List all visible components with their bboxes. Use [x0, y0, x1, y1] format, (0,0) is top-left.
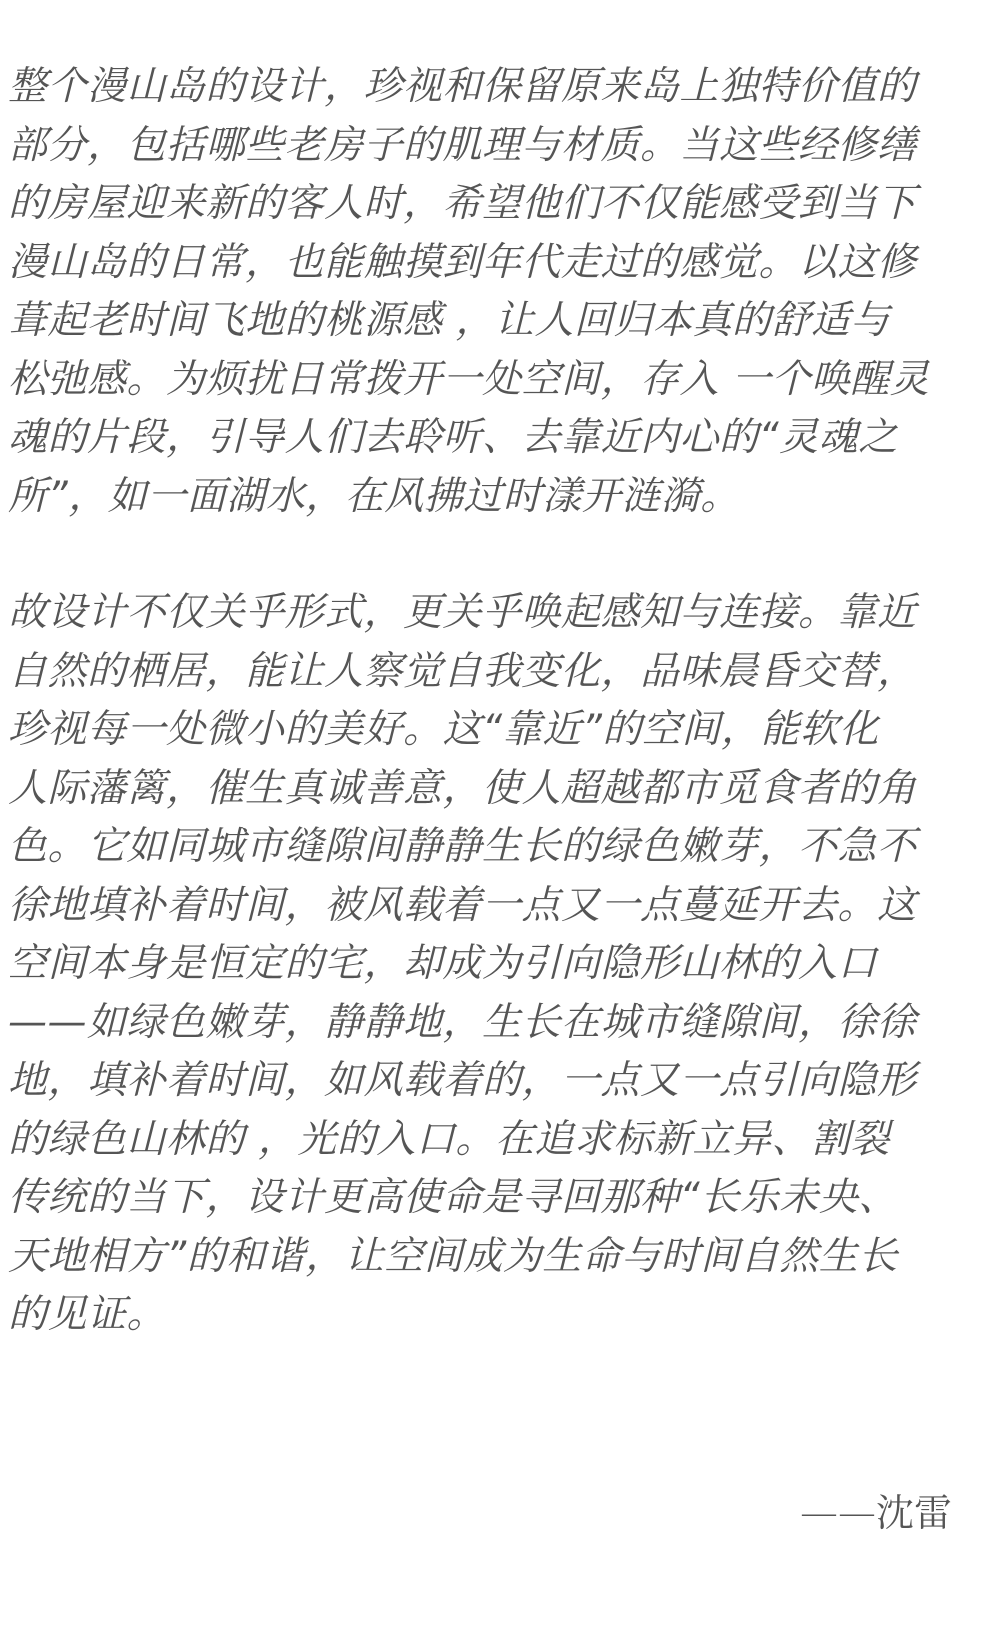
text-line: 整个漫山岛的设计，珍视和保留原来岛上独特价值的	[8, 58, 992, 117]
paragraph-1: 整个漫山岛的设计，珍视和保留原来岛上独特价值的 部分，包括哪些老房子的肌理与材质…	[8, 58, 992, 526]
text-line: 漫山岛的日常，也能触摸到年代走过的感觉。以这修	[8, 234, 992, 293]
text-line: 地，填补着时间，如风载着的，一点又一点引向隐形	[8, 1052, 992, 1111]
article-body: 整个漫山岛的设计，珍视和保留原来岛上独特价值的 部分，包括哪些老房子的肌理与材质…	[8, 58, 992, 1345]
text-line: 的见证。	[8, 1286, 992, 1345]
text-line: 色。它如同城市缝隙间静静生长的绿色嫩芽，不急不	[8, 818, 992, 877]
text-line: 的绿色山林的 ，光的入口。在追求标新立异、割裂	[8, 1111, 992, 1170]
text-line: 魂的片段，引导人们去聆听、去靠近内心的“灵魂之	[8, 409, 992, 468]
text-line: 人际藩篱，催生真诚善意，使人超越都市觅食者的角	[8, 760, 992, 819]
text-line: 所”，如一面湖水，在风拂过时漾开涟漪。	[8, 468, 992, 527]
text-line: 的房屋迎来新的客人时，希望他们不仅能感受到当下	[8, 175, 992, 234]
text-line: 珍视每一处微小的美好。这“靠近”的空间，能软化	[8, 701, 992, 760]
text-line: 传统的当下，设计更高使命是寻回那种“长乐未央、	[8, 1169, 992, 1228]
text-line: 自然的栖居，能让人察觉自我变化，品味晨昏交替，	[8, 643, 992, 702]
text-line: 部分，包括哪些老房子的肌理与材质。当这些经修缮	[8, 117, 992, 176]
text-line: 空间本身是恒定的宅，却成为引向隐形山林的入口	[8, 935, 992, 994]
text-line: ——如绿色嫩芽，静静地，生长在城市缝隙间，徐徐	[8, 994, 992, 1053]
author-signature: ——沈雷	[800, 1488, 952, 1538]
text-line: 松弛感。为烦扰日常拨开一处空间，存入 一个唤醒灵	[8, 351, 992, 410]
text-line: 故设计不仅关乎形式，更关乎唤起感知与连接。靠近	[8, 584, 992, 643]
text-line: 天地相方”的和谐，让空间成为生命与时间自然生长	[8, 1228, 992, 1287]
text-line: 葺起老时间飞地的桃源感 ，让人回归本真的舒适与	[8, 292, 992, 351]
text-line: 徐地填补着时间，被风载着一点又一点蔓延开去。这	[8, 877, 992, 936]
paragraph-2: 故设计不仅关乎形式，更关乎唤起感知与连接。靠近 自然的栖居，能让人察觉自我变化，…	[8, 584, 992, 1345]
